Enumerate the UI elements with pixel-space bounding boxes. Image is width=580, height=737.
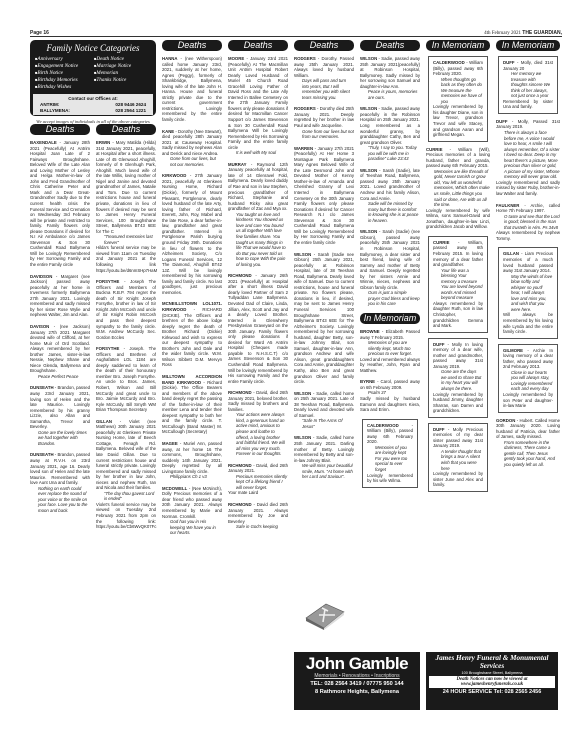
notice-name: DUNSEATH xyxy=(30,452,54,457)
notice-entry: WILSON - Sadie, called home on 25th Janu… xyxy=(294,391,354,430)
notice-verse: Days will pass and turn into years, But … xyxy=(294,78,354,100)
john-gamble-ad: John Gamble Memorials • Renovations • In… xyxy=(294,652,420,710)
notice-name: WARREN xyxy=(294,146,313,151)
notice-verse: Your life was a blessing Your memory a t… xyxy=(433,268,483,301)
notice-tail: Hilda's funeral service may be viewed fr… xyxy=(96,245,157,272)
category-item: Birthday Wishes xyxy=(35,84,94,90)
notice-name: MCDOWELL xyxy=(162,486,187,491)
notice-text: - Violet (nee Matthews) 30th January 202… xyxy=(96,419,156,491)
notice-text: - (nee Jackson) January 27th 2021 Margar… xyxy=(30,324,90,373)
notice-entry: KANE - Dorothy (Nee Stewart), died peace… xyxy=(162,129,222,168)
notice-verse: Memories of you are lovingly kept For yo… xyxy=(367,445,413,473)
notice-tail: Lovingly remembered by wife Wilma, sons … xyxy=(426,208,490,230)
categories-title: Family Notice Categories xyxy=(33,43,153,53)
notice-text: - January 28th 2021 (Peacefully) At Antr… xyxy=(30,140,90,267)
section-header-deaths: Deaths xyxy=(228,40,288,51)
bible-cross-icon xyxy=(302,600,346,630)
notice-verse: From somewhere in the darkness, There ca… xyxy=(496,440,560,468)
column-deaths-1: DeathsBAXENDALE - January 28th 2021 (Pea… xyxy=(30,124,90,519)
notice-name: CALDERWOOD xyxy=(367,423,399,428)
notice-entry: CALDERWOOD - William (Billy), passed awa… xyxy=(362,419,418,488)
notice-name: RODGERS xyxy=(294,56,316,61)
notice-verse: Gone are the lovely times we had togethe… xyxy=(30,430,90,447)
notice-text: - Sadie, passed away 25th January 2021(p… xyxy=(360,56,420,89)
notice-entry: WILSON - Sarah (Sadie nee Gibson) 25th J… xyxy=(294,252,354,385)
notice-text: - January 23rd 2021 (Peacefully) At The … xyxy=(228,56,288,150)
notice-verse: Gone from our lives but not from our mem… xyxy=(294,129,354,140)
notice-name: GILLAN xyxy=(503,251,519,256)
notice-entry: ERWIN - Mary Matilda (Hilda) 31st Januar… xyxy=(96,140,156,273)
notice-entry: DUFF - Molly, Passed 31st January 2019.T… xyxy=(496,119,560,197)
notice-entry: GILLAN - Violet (nee Matthews) 30th Janu… xyxy=(96,419,156,530)
notice-name: GORDON xyxy=(496,418,515,423)
category-item: Anniversary xyxy=(35,56,94,62)
notice-text: - Mary Matilda (Hilda) 31st January 2021… xyxy=(96,140,156,234)
notice-entry: WILSON - Sarah (Sadie) (nee Gibson), pas… xyxy=(360,229,420,307)
notice-text: - Richard (Dickie). The Office Bearers a… xyxy=(162,380,222,435)
notice-entry: DUFF - Molly, died 31st January 20Her me… xyxy=(498,56,558,114)
notice-verse: Gone from our lives, but not our memorie… xyxy=(162,156,222,167)
column-deaths-5: DeathsRODGERS - Dorothy. Passed away 25t… xyxy=(294,40,354,486)
web-notice[interactable]: Death Notices can now be viewed at www.j… xyxy=(429,676,555,688)
notice-text: - Muriel Ann, passed away, at her home 1… xyxy=(162,441,222,474)
office-ballymena: BALLYMENA:028 2564 1221 xyxy=(37,108,149,114)
notice-verse: Memories of you are silently kept, Much … xyxy=(360,340,420,357)
category-item: Birth Notice xyxy=(35,70,94,76)
notice-tail: Remembered by sister Una and family. xyxy=(503,99,553,110)
notice-name: CURRIE xyxy=(433,240,449,245)
notice-entry: BROWNE - Elizabeth Passed away 7 Februar… xyxy=(360,329,420,373)
notice-tail: Lovingly remembered by husband Jimmy, da… xyxy=(433,392,483,414)
notice-name: MOORE xyxy=(228,56,244,61)
notice-verse: Ours is just a simple prayer God bless a… xyxy=(360,290,420,307)
notice-name: WILSON xyxy=(360,56,377,61)
notice-entry: RICHMOND - David, died 26th January 2021… xyxy=(228,390,288,457)
column-deaths-3: DeathsHANNA - (nee Witherspoon) called h… xyxy=(162,40,222,542)
notice-verse: Memories are like threads of gold, Never… xyxy=(426,169,490,208)
notice-verse: Sadie will be missed by many but there i… xyxy=(360,201,420,223)
notice-verse: Your actions were always kind, a generou… xyxy=(228,412,288,456)
notice-entry: GILLAN - Liam Precious memories of a muc… xyxy=(498,247,558,338)
notice-verse: Close in our hearts you will always stay… xyxy=(503,370,553,392)
column-deaths-4: DeathsMOORE - January 23rd 2021 (Peacefu… xyxy=(228,40,288,536)
notice-entry: HANNA - (nee Witherspoon) called home Ja… xyxy=(162,56,222,123)
notice-name: DAVISON xyxy=(30,324,49,329)
notice-entry: RODGERS - Dorothy died 25th January 2021… xyxy=(294,106,354,139)
notice-text: - Joseph The Officers and Members of Buc… xyxy=(96,279,156,339)
section-header-memoriam: In Memoriam xyxy=(360,313,420,324)
notice-name: RICHMOND xyxy=(228,390,252,395)
notice-name: WILSON xyxy=(294,252,311,257)
notice-name: BROWNE xyxy=(360,329,380,334)
notice-tail: Always remembered by daughter Ruth, son … xyxy=(433,301,483,328)
notice-name: CALDERWOOD xyxy=(433,60,465,65)
notice-verse: May the winds of love blow softly and wh… xyxy=(503,274,553,313)
notice-name: DUNSEATH xyxy=(30,385,54,390)
notice-text: - 27th January 2021, peacefully at Glenk… xyxy=(162,173,222,294)
notice-tail: Lovingly remembered by his daughter Dian… xyxy=(433,104,483,137)
notice-text: - (Nee McNinch), Dolly Precious memories… xyxy=(162,486,222,519)
notice-name: CURRIE xyxy=(426,147,442,152)
notice-name: WILSON xyxy=(294,391,311,396)
notice-entry: WARREN - January 27th 2021 (Peacefully) … xyxy=(294,146,354,246)
notice-entry: WILSON - Sadie, called home 25th January… xyxy=(294,435,354,479)
notice-verse: "Safe In The Arms Of Jesus" xyxy=(294,418,354,429)
notice-text: - (nee Witherspoon) called home January … xyxy=(162,56,222,122)
notice-verse: Gone are the days we used to share But i… xyxy=(433,369,483,391)
notice-entry: WILSON - Sarah (Sadie), late of Teeshan … xyxy=(360,168,420,223)
notice-tail: Violet's funeral service may be viewed o… xyxy=(96,502,156,529)
section-header-memoriam: In Memoriam xyxy=(496,40,560,51)
notice-tail: Lovingly remembered by sister June and A… xyxy=(433,471,483,487)
notice-name: DUFF xyxy=(433,427,444,432)
notice-verse: Safe in God's keeping xyxy=(228,524,288,530)
notice-verse: Nothing on earth could ever replace the … xyxy=(30,486,90,514)
notice-entry: MCDOWELL - (Nee McNinch), Dolly Precious… xyxy=(162,486,222,536)
column-memoriam-1: In MemoriamCALDERWOOD - William (Billy),… xyxy=(426,40,490,497)
column-deaths-2: DeathsERWIN - Mary Matilda (Hilda) 31st … xyxy=(96,124,156,536)
categories-list: Anniversary Death Notice Engagement Noti… xyxy=(33,56,153,90)
notice-entry: GORDON - Hubert. Called Home 30th Januar… xyxy=(496,418,560,468)
notice-entry: DAVIDSON - Margaret (nee Jackson) passed… xyxy=(30,274,90,318)
notice-text: - Sadie, passed away peacefully in the R… xyxy=(360,106,420,144)
notice-name: BAXENDALE xyxy=(30,140,57,145)
notice-name: WILSON xyxy=(294,435,311,440)
section-header-deaths: Deaths xyxy=(162,40,222,51)
notice-entry: DUFF - Molly In loving memory of a dear … xyxy=(428,338,488,418)
notice-entry: KIRKWOOD - 27th January 2021, peacefully… xyxy=(162,173,222,295)
notice-entry: RICHMOND - David, died 26th January 2021… xyxy=(228,463,288,496)
notice-verse: Precious memories silently kept Of a lif… xyxy=(228,474,288,491)
notice-name: RICHMOND xyxy=(228,273,252,278)
notice-text: - January 26th 2021 (Peacefully) at Hosp… xyxy=(228,273,288,383)
notice-tail: Lovingly remembered by son Peter and dau… xyxy=(503,392,553,408)
notice-name: ERWIN xyxy=(96,140,110,145)
notice-name: HANNA xyxy=(162,56,178,61)
notice-verse: "The day thou gavest Lord is ended" xyxy=(96,491,156,502)
notice-name: RICHMOND xyxy=(228,463,252,468)
notice-verse: "Treasured memories last forever" xyxy=(96,234,156,245)
notice-text: - Sarah (Sadie nee Gibson) 25th January … xyxy=(294,252,354,385)
notice-verse: Peace is yours, memories are ours. xyxy=(360,89,420,100)
notice-entry: CURRIE - William, passed away 6th Februa… xyxy=(428,236,488,333)
notice-entry: FORSYTHE - Joseph The Officers and Membe… xyxy=(96,279,156,340)
notice-name: RODGERS xyxy=(294,106,316,111)
notice-entry: RICHMOND - January 26th 2021 (Peacefully… xyxy=(228,273,288,384)
notice-entry: DUNSEATH - Brandon, passed away at R.V.H… xyxy=(30,452,90,513)
notice-entry: GILMORE - Archie In loving memory of a d… xyxy=(498,344,558,413)
notice-entry: CURRIE - William (Will), Precious memori… xyxy=(426,147,490,230)
notice-verse: "Truly, I say to you. Today you will be … xyxy=(360,145,420,162)
notice-name: GILMORE xyxy=(503,348,523,353)
notice-verse: There is always a face before me, A voic… xyxy=(496,130,560,180)
notice-entry: WILSON - Sadie, passed away peacefully i… xyxy=(360,106,420,161)
notice-tail: Will always be remembered by his loving … xyxy=(503,312,553,334)
notice-verse: Philippians Ch 1 v3 xyxy=(162,474,222,480)
notice-text: - Joseph. The Officers and Brethren of A… xyxy=(96,346,156,412)
notice-name: WILSON xyxy=(360,168,377,173)
notice-name: KIRKWOOD xyxy=(162,173,186,178)
notice-verse: Peace Perfect Peace xyxy=(30,374,90,380)
notice-name: RICHMOND xyxy=(228,502,252,507)
notice-verse: You taught us love and kindness You show… xyxy=(228,212,288,267)
section-header-deaths: Deaths xyxy=(30,124,90,135)
notice-entry: CALDERWOOD - William (Billy), passed awa… xyxy=(428,56,488,142)
notice-name: WILSON xyxy=(360,106,377,111)
notice-name: FAULKNER xyxy=(496,203,519,208)
page-header: Page 16 4th February 2021 THE GUARDIAN, xyxy=(30,29,562,37)
notice-entry: MOORE - January 23rd 2021 (Peacefully) A… xyxy=(228,56,288,156)
notice-name: FORSYTHE xyxy=(96,279,119,284)
column-deaths-6: DeathsWILSON - Sadie, passed away 25th J… xyxy=(360,40,420,493)
notice-text: - Brandon, passed away at R.V.H. on 23rd… xyxy=(30,452,90,485)
notice-entry: BYRNE - Carol, passed away on 6th Februa… xyxy=(360,379,420,412)
notice-name: FORSYTHE xyxy=(96,346,119,351)
section-header-deaths: Deaths xyxy=(294,40,354,51)
notice-tail: Always remembered by nephew Tommy. xyxy=(496,230,560,241)
notice-text: - Margaret (nee Jackson) passed away pea… xyxy=(30,274,90,318)
notice-text: - Sarah (Sadie) (nee Gibson), passed awa… xyxy=(360,229,420,289)
notice-verse: It is well with My soul xyxy=(228,150,288,156)
notice-name: DUFF xyxy=(496,119,507,124)
newspaper-page: Page 16 4th February 2021 THE GUARDIAN, … xyxy=(30,29,562,737)
section-header-memoriam: In Memoriam xyxy=(426,40,490,51)
notice-text: - January 27th 2021 (Peacefully) At Her … xyxy=(294,146,354,245)
notice-text: - Raymond 12th January peacefully at hos… xyxy=(228,162,288,211)
notice-tail: Lovingly remembered and sadly missed by … xyxy=(496,180,560,196)
family-notice-categories: Family Notice Categories Anniversary Dea… xyxy=(30,40,156,116)
notice-name: BYRNE xyxy=(360,379,375,384)
notice-name: GILLAN xyxy=(96,419,112,424)
notice-entry: DUNSEATH - Brandon, passed away 23rd Jan… xyxy=(30,385,90,446)
notice-entry: MAGEE - Muriel Ann, passed away, at her … xyxy=(162,441,222,480)
james-henry-ad: James Henry Funeral & Monumental Service… xyxy=(426,652,558,710)
column-memoriam-2: In MemoriamDUFF - Molly, died 31st Janua… xyxy=(496,40,560,474)
category-item: Death Notice xyxy=(94,56,153,62)
notice-entry: FAULKNER - Archie, called Home 7th Febru… xyxy=(496,203,560,242)
notice-entry: DAVISON - (nee Jackson) January 27th 202… xyxy=(30,324,90,379)
notice-entry: RODGERS - Dorothy. Passed away 25th Janu… xyxy=(294,56,354,100)
section-header-deaths: Deaths xyxy=(360,40,420,51)
issue-date: 4th February 2021 THE GUARDIAN, xyxy=(484,30,562,36)
category-item: Marriage Notice xyxy=(94,63,153,69)
notice-tail: Sadly missed by husband Eamonn and daugh… xyxy=(360,396,420,412)
category-item: Thanks Notice xyxy=(94,77,153,83)
notice-entry: MILLTOWN ACCORDION BAND KIRKWOOD - Richa… xyxy=(162,374,222,435)
notice-name: MAGEE xyxy=(162,441,178,446)
notice-verse: We will miss your beautiful smile, Mum. … xyxy=(294,463,354,480)
notice-name: DUFF xyxy=(433,342,444,347)
section-header-deaths: Deaths xyxy=(96,124,156,135)
category-item: Birthday Memories xyxy=(35,77,94,83)
notice-verse: God has you in His keeping We have you i… xyxy=(162,519,222,536)
category-item: Engagement Notice xyxy=(35,63,94,69)
notice-entry: FORSYTHE - Joseph. The Officers and Bret… xyxy=(96,346,156,413)
notice-name: WILSON xyxy=(360,229,377,234)
notice-name: DUFF xyxy=(503,60,514,65)
notices-grid: Family Notice Categories Anniversary Dea… xyxy=(30,40,562,737)
notice-verse: When thoughts go back as they often do W… xyxy=(433,77,483,105)
notice-verse: O taste and see that the Lord is good; b… xyxy=(496,214,560,231)
contact-offices: Contact our Offices at: ANTRIM:028 9446 … xyxy=(33,94,153,115)
notice-name: MURRAY xyxy=(228,162,246,167)
notice-entry: RICHMOND - David died 26th January 2021.… xyxy=(228,502,288,530)
notice-name: DAVIDSON xyxy=(30,274,52,279)
notice-tail: Your mate Laird xyxy=(228,490,258,495)
notice-verse: Her memory we treasure with thoughts sin… xyxy=(503,71,553,99)
notice-text: - RICHARD (DICKIE). The Officers and bre… xyxy=(162,307,222,367)
notice-entry: WILSON - Sadie, passed away 25th January… xyxy=(360,56,420,100)
notice-entry: MCNEILLSTOWN LOL1071. KIRKWOOD - RICHARD… xyxy=(162,301,222,368)
notice-text: - Sarah (Sadie), late of Teeshan Road, B… xyxy=(360,168,420,201)
page-number: Page 16 xyxy=(30,30,49,36)
notice-entry: MURRAY - Raymond 12th January peacefully… xyxy=(228,162,288,267)
paper-name: THE GUARDIAN, xyxy=(522,30,562,36)
notice-text: - Brandon, passed away 23rd January 2021… xyxy=(30,385,90,429)
notice-entry: DUFF - Molly Precious memories of my dea… xyxy=(428,423,488,492)
notice-name: KANE xyxy=(162,129,174,134)
notice-tail: Loved and remembered always by Heather, … xyxy=(360,357,420,373)
notice-entry: BAXENDALE - January 28th 2021 (Peacefull… xyxy=(30,140,90,268)
notice-tail: Lovingly remembered by his wife Wilma. xyxy=(367,473,413,484)
category-item: Memorian xyxy=(94,70,153,76)
notice-verse: A tender thought that brings a tear A si… xyxy=(433,449,483,471)
